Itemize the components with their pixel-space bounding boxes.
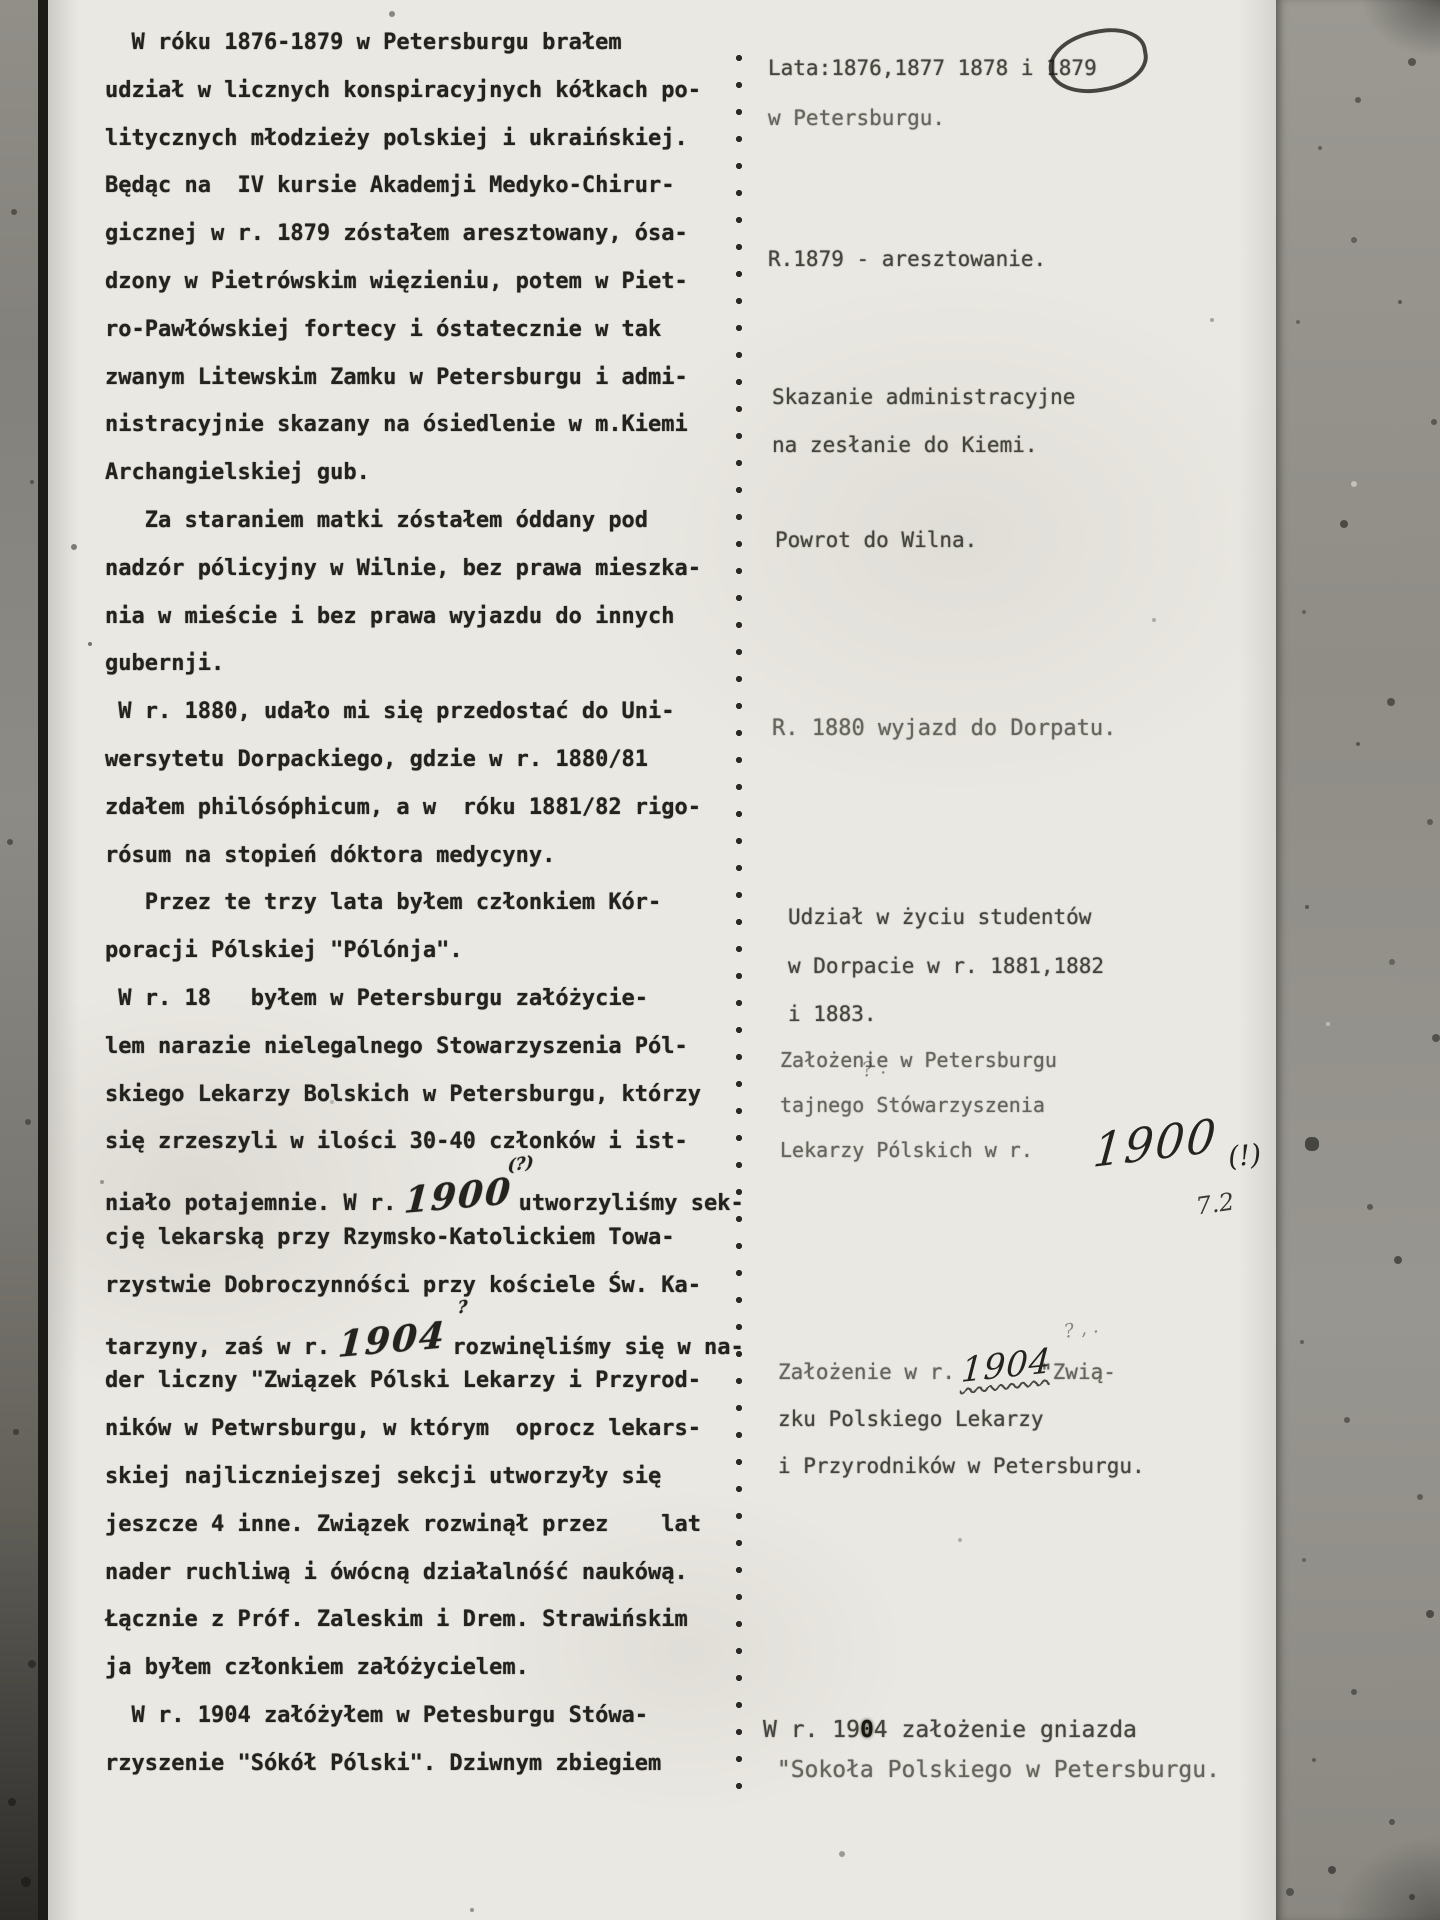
margin-note-return-wilno: Powrot do Wilna. (775, 516, 977, 564)
typed-fragment: Założenie w r. (778, 1360, 955, 1384)
typed-line: nistracyjnie skazany na ósiedlenie w m.K… (105, 412, 737, 460)
handwritten-year-1900-margin: 1900(!) (1093, 1116, 1261, 1170)
margin-note-line: Skazanie administracyjne (772, 373, 1075, 421)
margin-note-line: "Sokoła Polskiego w Petersburgu. (763, 1750, 1220, 1790)
typed-line: nader ruchliwą i ówócną działalnóść nauk… (105, 1560, 737, 1608)
handwritten-year-1904-margin: 1904 (961, 1346, 1052, 1386)
typed-line: nadzór pólicyjny w Wilnie, bez prawa mie… (105, 556, 737, 604)
margin-note-line: i Przyrodników w Petersburgu. (778, 1443, 1145, 1490)
margin-note-line: R. 1880 wyjazd do Dorpatu. (772, 705, 1116, 753)
typed-line: W r. 18 byłem w Petersburgu załóżycie- (105, 986, 737, 1034)
typed-line: Przez te trzy lata byłem członkiem Kór- (105, 890, 737, 938)
typed-line: ja byłem członkiem załóżycielem. (105, 1655, 737, 1703)
paper-speckles (0, 0, 4, 4)
typed-line: Archangielskiej gub. (105, 460, 737, 508)
handwritten-year-text: 1904 (960, 1341, 1053, 1391)
margin-note-line: tajnego Stówarzyszenia (780, 1083, 1057, 1128)
margin-note-line: Lekarzy Pólskich w r. (780, 1128, 1057, 1173)
margin-note-line: R.1879 - aresztowanie. (768, 235, 1046, 283)
margin-note-dorpat-1880: R. 1880 wyjazd do Dorpatu. (772, 705, 1116, 753)
main-text-column: W róku 1876-1879 w Petersburgu brałem ud… (105, 30, 737, 1798)
handwritten-question-mark: ? (458, 1296, 468, 1318)
typed-fragment: rozwinęliśmy się w na- (452, 1335, 743, 1360)
handwritten-scribble: ? . (860, 1054, 887, 1082)
margin-note-line: w Dorpacie w r. 1881,1882 (788, 942, 1104, 991)
typed-line: W r. 1904 załóżyłem w Petesburgu Stówa- (105, 1703, 737, 1751)
typed-line: wersytetu Dorpackiego, gdzie w r. 1880/8… (105, 747, 737, 795)
typed-fragment: niało potajemnie. W r. (105, 1191, 396, 1216)
margin-note-secret-society: Założenie w Petersburgu tajnego Stówarzy… (780, 1038, 1057, 1173)
scan-background-right (1276, 0, 1440, 1920)
handwritten-exclamation: (!) (1227, 1138, 1263, 1174)
typed-line: dzony w Pietrówskim więzieniu, potem w P… (105, 269, 737, 317)
typed-line: lem narazie nielegalnego Stowarzyszenia … (105, 1034, 737, 1082)
handwritten-year-1900-inline: 1900(?) (403, 1170, 514, 1222)
margin-note-line: Lata:1876,1877 1878 i 1879 (768, 43, 1097, 93)
margin-note-line: Założenie w Petersburgu (780, 1038, 1057, 1083)
handwritten-blot-zero: 0 (860, 1710, 874, 1750)
handwritten-year-text: 1900 (403, 1170, 514, 1222)
margin-note-line: zku Polskiego Lekarzy (778, 1396, 1145, 1443)
typed-line: nia w mieście i bez prawa wyjazdu do inn… (105, 604, 737, 652)
typed-fragment: W r. 19 (763, 1717, 860, 1743)
typed-line: W róku 1876-1879 w Petersburgu brałem (105, 30, 737, 78)
typed-line: zwanym Litewskim Zamku w Petersburgu i a… (105, 365, 737, 413)
typed-line-with-handwriting: niało potajemnie. W r.1900(?)utworzyliśm… (105, 1177, 737, 1225)
scanned-document-page: W róku 1876-1879 w Petersburgu brałem ud… (0, 0, 1440, 1920)
typed-line: Łącznie z Próf. Zaleskim i Drem. Strawiń… (105, 1607, 737, 1655)
margin-note-sokol-1904: W r. 1904 założenie gniazda "Sokoła Pols… (763, 1710, 1220, 1790)
typed-line: zdałem philósóphicum, a w róku 1881/82 r… (105, 795, 737, 843)
typed-line-with-handwriting: tarzyny, zaś w r.1904?rozwinęliśmy się w… (105, 1321, 737, 1369)
margin-note-sentence-kiemi: Skazanie administracyjne na zesłanie do … (772, 373, 1075, 469)
margin-note-student-life: Udział w życiu studentów w Dorpacie w r.… (788, 893, 1104, 1039)
typed-line: się zrzeszyli w ilości 30-40 członków i … (105, 1129, 737, 1177)
typed-line: ro-Pawłówskiej fortecy i óstatecznie w t… (105, 317, 737, 365)
margin-note-years-petersburg: Lata:1876,1877 1878 i 1879 w Petersburgu… (768, 43, 1097, 143)
typed-line: litycznych młodzieży polskiej i ukraińsk… (105, 126, 737, 174)
margin-note-line: Powrot do Wilna. (775, 516, 977, 564)
margin-note-line: W r. 1904 założenie gniazda (763, 1710, 1220, 1750)
typed-fragment: utworzyliśmy sek- (519, 1191, 744, 1216)
typed-fragment: 4 założenie gniazda (874, 1717, 1137, 1743)
typed-line: skiej najliczniejszej sekcji utworzyły s… (105, 1464, 737, 1512)
typed-line: der liczny "Związek Pólski Lekarzy i Prz… (105, 1368, 737, 1416)
typed-line: skiego Lekarzy Bolskich w Petersburgu, k… (105, 1082, 737, 1130)
margin-note-line: Udział w życiu studentów (788, 893, 1104, 942)
typed-fragment: tarzyny, zaś w r. (105, 1335, 330, 1360)
typed-line: W r. 1880, udało mi się przedostać do Un… (105, 699, 737, 747)
typed-line: gicznej w r. 1879 zóstałem aresztowany, … (105, 221, 737, 269)
typed-line: rósum na stopień dóktora medycyny. (105, 843, 737, 891)
typed-line: gubernji. (105, 651, 737, 699)
typed-line: poracji Pólskiej "Pólónja". (105, 938, 737, 986)
typed-line: rzystwie Dobroczynnóści przy kościele Św… (105, 1273, 737, 1321)
typed-line: udział w licznych konspiracyjnych kółkac… (105, 78, 737, 126)
typed-line: ników w Petwrsburgu, w którym oprocz lek… (105, 1416, 737, 1464)
handwritten-year-1904-inline: 1904? (337, 1314, 448, 1366)
handwritten-year-text: 1904 (337, 1314, 448, 1366)
typed-line: jeszcze 4 inne. Związek rozwinął przez l… (105, 1512, 737, 1560)
margin-note-line: na zesłanie do Kiemi. (772, 421, 1075, 469)
margin-note-line: w Petersburgu. (768, 93, 1097, 143)
handwritten-note-7-2: 7.2 (1194, 1187, 1236, 1220)
typed-line: Za staraniem matki zóstałem óddany pod (105, 508, 737, 556)
margin-note-arrest-1879: R.1879 - aresztowanie. (768, 235, 1046, 283)
typed-line: rzyszenie "Sókół Pólski". Dziwnym zbiegi… (105, 1751, 737, 1799)
handwritten-year-text: 1900 (1091, 1108, 1220, 1178)
typed-line: Będąc na IV kursie Akademji Medyko-Chiru… (105, 173, 737, 221)
typed-line: cję lekarską przy Rzymsko-Katolickiem To… (105, 1225, 737, 1273)
scan-border-left (0, 0, 48, 1920)
margin-note-line: i 1883. (788, 990, 1104, 1039)
